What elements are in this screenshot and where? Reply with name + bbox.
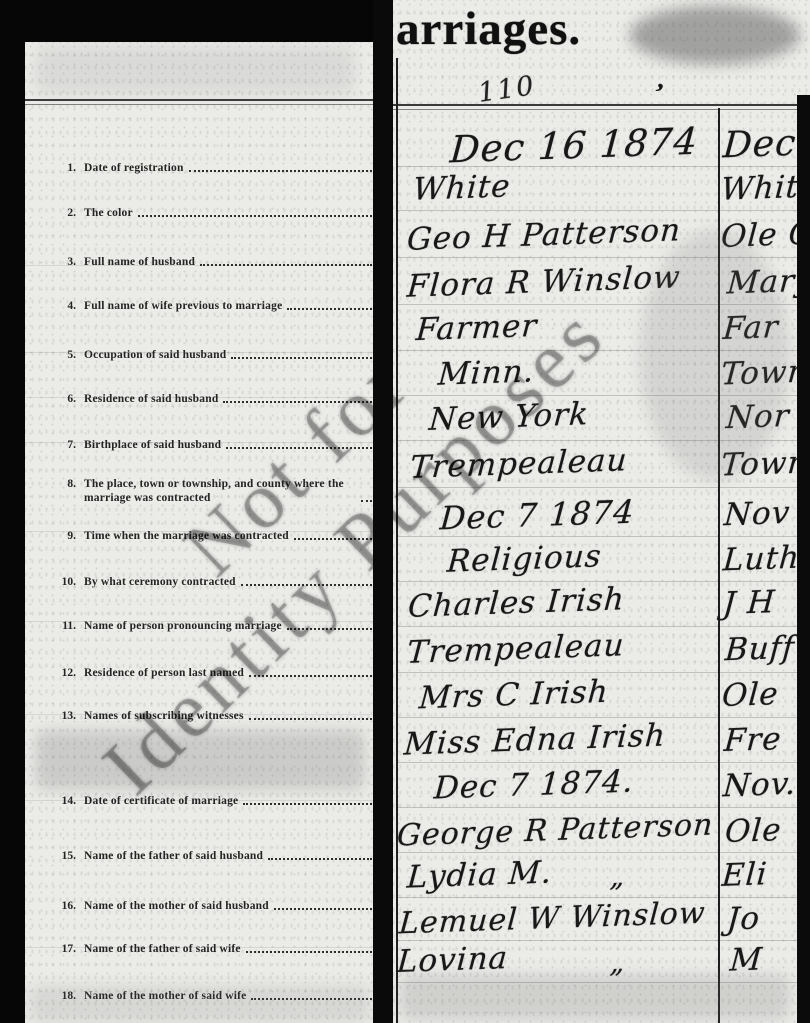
field-label: Occupation of said husband [84, 348, 226, 362]
ledger-line [396, 897, 797, 898]
field-number: 14. [50, 795, 76, 807]
entry-fragment: Nov. [722, 766, 798, 805]
entry-value: Dec 16 1874 [449, 120, 700, 172]
dotted-leader [189, 170, 372, 172]
field-number: 2. [50, 207, 76, 219]
book-spine-shadow [373, 0, 393, 1023]
ledger-line [396, 672, 797, 673]
entry-value: Trempealeau [406, 627, 626, 671]
dotted-leader [200, 264, 372, 266]
field-row: 18.Name of the mother of said wife [84, 989, 373, 1003]
field-label: Full name of wife previous to marriage [84, 299, 282, 313]
entry-fragment: Ole [721, 676, 780, 714]
rule-line [25, 99, 374, 101]
rule-line [393, 104, 797, 106]
entry-value: Dec 7 1874. [433, 763, 635, 806]
field-label: Birthplace of said husband [84, 438, 221, 452]
field-row: 1.Date of registration [84, 161, 373, 175]
entry-fragment: Jo [726, 900, 762, 937]
field-number: 6. [50, 393, 76, 405]
entry-fragment: Eli [721, 856, 769, 894]
ledger-line [396, 257, 797, 258]
field-label: Name of the mother of said wife [84, 989, 246, 1003]
field-row: 16.Name of the mother of said husband [84, 899, 373, 913]
field-number: 10. [50, 576, 76, 588]
field-number: 12. [50, 667, 76, 679]
field-row: 3.Full name of husband [84, 255, 373, 269]
ditto-mark: „ [609, 860, 627, 894]
field-row: 15.Name of the father of said husband [84, 849, 373, 863]
field-number: 17. [50, 943, 76, 955]
entry-fragment: Buff [724, 630, 796, 669]
field-label: Name of the father of said wife [84, 942, 241, 956]
ledger-line [396, 982, 797, 983]
field-number: 8. [50, 478, 76, 490]
field-label: Date of registration [84, 161, 184, 175]
entry-value: White [412, 168, 512, 208]
ledger-line [396, 762, 797, 763]
entry-fragment: J H [722, 584, 777, 622]
entry-value: Mrs C Irish [418, 674, 610, 717]
ledger-line [396, 626, 797, 627]
ledger-line [396, 807, 797, 808]
field-row: 14.Date of certificate of marriage [84, 794, 373, 808]
field-number: 3. [50, 256, 76, 268]
field-label: Name of the mother of said husband [84, 899, 269, 913]
entry-fragment: M [729, 941, 764, 978]
ledger-line [396, 210, 797, 211]
field-number: 16. [50, 900, 76, 912]
scan-edge [797, 95, 810, 1023]
page-title: arriages. [396, 2, 581, 56]
dotted-leader [246, 951, 372, 953]
scanned-register-page: arriages. 110 ʼ 1.Date of registration 2… [0, 0, 810, 1023]
ledger-line [396, 717, 797, 718]
dotted-leader [251, 998, 372, 1000]
entry-value: Charles Irish [407, 581, 626, 625]
field-label: Full name of husband [84, 255, 195, 269]
dotted-leader [274, 908, 372, 910]
field-number: 5. [50, 349, 76, 361]
entry-fragment: Nov [723, 495, 792, 533]
entry-fragment: Ole [724, 812, 783, 850]
field-number: 13. [50, 710, 76, 722]
entry-fragment: Luth [722, 540, 801, 579]
field-row: 5.Occupation of said husband [84, 348, 373, 362]
field-label: Name of the father of said husband [84, 849, 263, 863]
field-number: 15. [50, 850, 76, 862]
dotted-leader [249, 718, 372, 720]
field-label: Residence of said husband [84, 392, 218, 406]
dotted-leader [287, 308, 372, 310]
entry-fragment: Nor [725, 398, 791, 436]
entry-fragment: Far [722, 309, 780, 347]
entry-value: Lovina [396, 940, 510, 980]
dotted-leader [243, 803, 372, 805]
entry-fragment: Fre [723, 721, 783, 759]
field-number: 4. [50, 300, 76, 312]
field-label: By what ceremony contracted [84, 575, 236, 589]
field-row: 2.The color [84, 206, 373, 220]
dotted-leader [138, 215, 372, 217]
ledger-line [396, 304, 797, 305]
ditto-mark: „ [609, 946, 627, 980]
field-number: 9. [50, 530, 76, 542]
field-number: 11. [50, 620, 76, 632]
rule-line [393, 109, 797, 110]
scan-edge [0, 0, 375, 42]
dotted-leader [268, 858, 372, 860]
entry-value: Religious [446, 538, 603, 580]
field-row: 4.Full name of wife previous to marriage [84, 299, 373, 313]
entry-value: Lydia M. [406, 854, 554, 895]
field-number: 7. [50, 439, 76, 451]
field-number: 1. [50, 162, 76, 174]
ledger-line [396, 852, 797, 853]
field-label: The color [84, 206, 133, 220]
rule-line [25, 104, 374, 105]
entry-fragment: Dec [722, 123, 798, 167]
field-number: 18. [50, 990, 76, 1002]
field-row: 17.Name of the father of said wife [84, 942, 373, 956]
